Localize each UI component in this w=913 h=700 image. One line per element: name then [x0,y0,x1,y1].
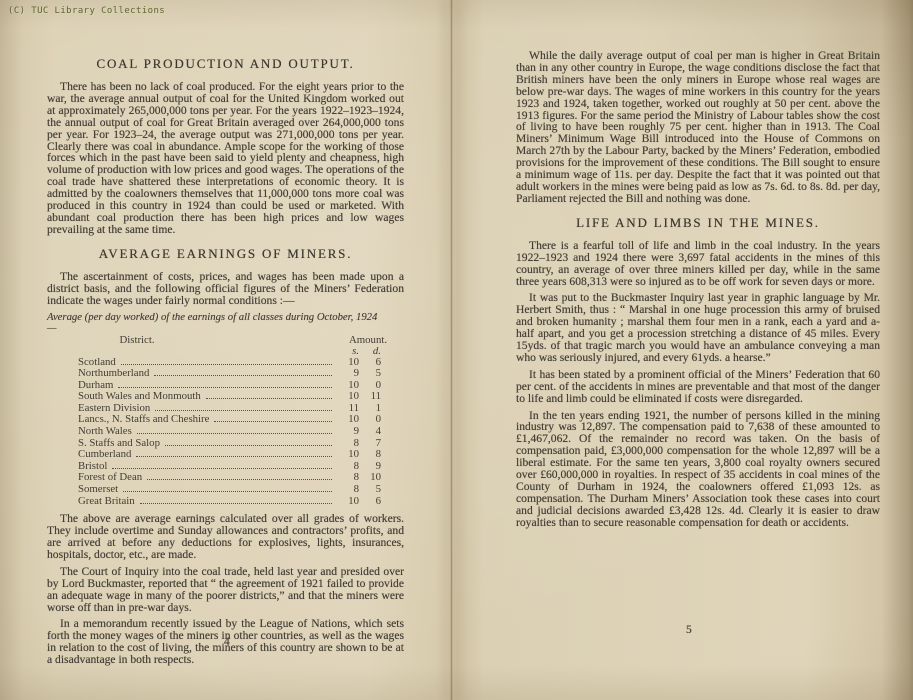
left-page: COAL PRODUCTION AND OUTPUT. There has be… [47,56,404,671]
amount-pence: 0 [359,415,381,425]
dot-leader [155,402,332,411]
amount-shillings: 9 [335,427,359,437]
amount-shillings: 8 [335,462,359,472]
earnings-table-row: Durham 10 0 [47,379,381,391]
paragraph: It has been stated by a prominent offici… [516,369,880,405]
district-name: Forest of Dean [78,473,142,483]
district-name: Eastern Division [78,404,150,414]
amount-shillings: 10 [335,450,359,460]
district-name: North Wales [78,427,132,437]
earnings-table-row: Somerset 8 5 [47,483,381,495]
earnings-table-rows: Scotland 10 6 Northumberland 9 5 Durham … [47,356,381,507]
paragraph: There has been no lack of coal produced.… [47,81,404,236]
page-gutter-shadow [450,0,453,700]
paragraph: While the daily average output of coal p… [516,50,880,205]
earnings-table-row: Forest of Dean 8 10 [47,471,381,483]
earnings-table-caption: Average (per day worked) of the earnings… [47,312,381,334]
coal-production-paragraphs: There has been no lack of coal produced.… [47,81,404,236]
amount-shillings: 10 [335,415,359,425]
life-and-limbs-paragraphs: There is a fearful toll of life and limb… [516,240,880,529]
earnings-table-row: South Wales and Monmouth 10 11 [47,390,381,402]
amount-pence: 1 [359,404,381,414]
paragraph: It was put to the Buckmaster Inquiry las… [516,292,880,363]
dot-leader [118,379,332,388]
page-number-5: 5 [686,624,692,636]
dot-leader [154,367,332,376]
earnings-table-subheader: s. d. [47,346,381,356]
amount-pence: 11 [359,392,381,402]
dot-leader [123,483,332,492]
district-name: Lancs., N. Staffs and Cheshire [78,415,209,425]
district-name: Bristol [78,462,107,472]
column-header-amount: Amount. [333,335,403,346]
amount-shillings: 8 [335,485,359,495]
earnings-table-row: Scotland 10 6 [47,356,381,368]
district-name: Scotland [78,358,116,368]
amount-pence: 9 [359,462,381,472]
paragraph: The Court of Inquiry into the coal trade… [47,566,404,614]
right-page: While the daily average output of coal p… [516,50,880,534]
library-watermark: (C) TUC Library Collections [8,6,165,16]
section-heading-coal-production: COAL PRODUCTION AND OUTPUT. [47,56,404,72]
amount-shillings: 9 [335,369,359,379]
earnings-table-row: Northumberland 9 5 [47,367,381,379]
earnings-table-header: District. Amount. [47,335,381,346]
dot-leader [136,448,332,457]
paragraph: There is a fearful toll of life and limb… [516,240,880,288]
earnings-table-row: Cumberland 10 8 [47,448,381,460]
column-header-pence: d. [359,346,381,356]
amount-pence: 8 [359,450,381,460]
page-number-4: 4 [224,636,230,648]
dot-leader [165,437,332,446]
paragraph: The above are average earnings calculate… [47,513,404,561]
dot-leader [140,495,332,504]
dot-leader [121,356,332,365]
wages-paragraphs: While the daily average output of coal p… [516,50,880,205]
amount-shillings: 8 [335,439,359,449]
dot-leader [214,413,332,422]
district-name: South Wales and Monmouth [78,392,201,402]
amount-pence: 7 [359,439,381,449]
earnings-table-row: Eastern Division 11 1 [47,402,381,414]
amount-shillings: 8 [335,473,359,483]
paragraph: In the ten years ending 1921, the number… [516,410,880,529]
amount-pence: 6 [359,358,381,368]
dot-leader [206,390,332,399]
district-name: Great Britain [78,497,135,507]
district-name: Somerset [78,485,118,495]
earnings-intro-paragraph: The ascertainment of costs, prices, and … [47,271,404,307]
amount-shillings: 11 [335,404,359,414]
section-heading-life-and-limbs: LIFE AND LIMBS IN THE MINES. [516,215,880,231]
amount-pence: 5 [359,369,381,379]
amount-pence: 10 [359,473,381,483]
dot-leader [147,471,332,480]
column-header-shillings: s. [335,346,359,356]
dot-leader [137,425,332,434]
amount-shillings: 10 [335,381,359,391]
dot-leader [112,460,332,469]
amount-pence: 0 [359,381,381,391]
amount-shillings: 10 [335,497,359,507]
earnings-table-row: North Wales 9 4 [47,425,381,437]
district-name: S. Staffs and Salop [78,439,160,449]
amount-shillings: 10 [335,392,359,402]
section-heading-average-earnings: AVERAGE EARNINGS OF MINERS. [47,246,404,262]
earnings-table-row: Bristol 8 9 [47,460,381,472]
amount-pence: 4 [359,427,381,437]
district-name: Durham [78,381,113,391]
column-header-district: District. [47,335,227,346]
district-name: Cumberland [78,450,131,460]
earnings-table: Average (per day worked) of the earnings… [47,312,381,507]
amount-pence: 5 [359,485,381,495]
earnings-table-row: Lancs., N. Staffs and Cheshire 10 0 [47,413,381,425]
earnings-table-row: S. Staffs and Salop 8 7 [47,437,381,449]
amount-pence: 6 [359,497,381,507]
earnings-table-row: Great Britain 10 6 [47,495,381,507]
amount-shillings: 10 [335,358,359,368]
district-name: Northumberland [78,369,149,379]
